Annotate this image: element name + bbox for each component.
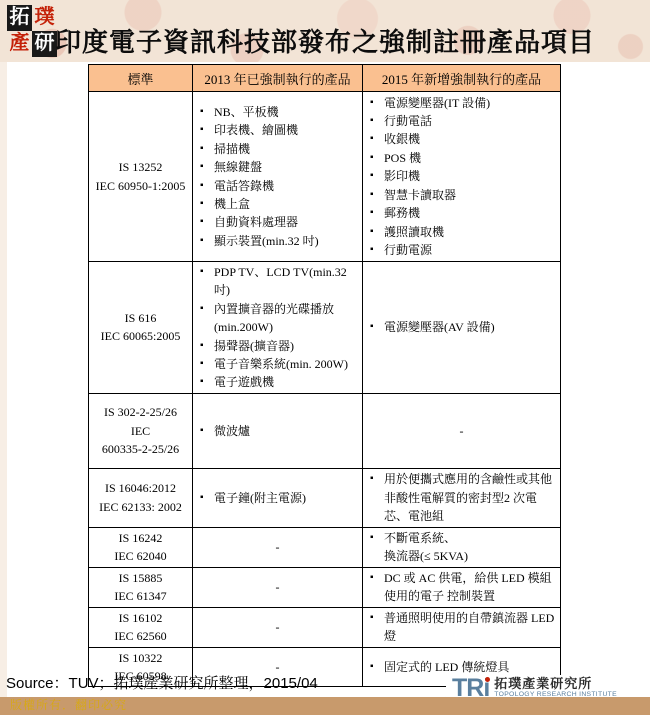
tri-words: 拓璞產業研究所 TOPOLOGY RESEARCH INSTITUTE: [494, 676, 617, 699]
product-item: 電源變壓器(AV 設備): [367, 318, 556, 336]
header-standard: 標準: [89, 65, 193, 92]
standard-cell: IS 16102 IEC 62560: [89, 607, 193, 647]
product-item: 普通照明使用的自帶鎮流器 LED 燈: [367, 609, 556, 646]
bottom-bar: 版權所有．翻印必究: [0, 697, 650, 715]
left-texture-strip: [0, 62, 7, 697]
tri-red-dot-icon: [485, 677, 490, 682]
header-2015: 2015 年新增強制執行的產品: [363, 65, 561, 92]
standard-cell: IS 16242 IEC 62040: [89, 527, 193, 567]
product-item: 機上盒: [197, 195, 358, 213]
standard-cell: IS 302-2-25/26 IEC 600335-2-25/26: [89, 393, 193, 468]
product-item: 智慧卡讀取器: [367, 186, 556, 204]
product-item: POS 機: [367, 149, 556, 167]
seal-char: 產: [7, 31, 32, 57]
product-item: 電子鐘(附主電源): [197, 489, 358, 507]
product-item: 無線鍵盤: [197, 158, 358, 176]
products-2015-cell: 電源變壓器(AV 設備): [363, 262, 561, 394]
standard-cell: IS 13252 IEC 60950-1:2005: [89, 92, 193, 262]
product-item: DC 或 AC 供電，給供 LED 模組使用的電子 控制裝置: [367, 569, 556, 606]
source-line: Source：TUV；拓璞產業研究所整理，2015/04: [6, 672, 318, 693]
product-item: 用於便攜式應用的含鹼性或其他非酸性電解質的密封型2 次電芯、電池組: [367, 470, 556, 525]
product-item: PDP TV、LCD TV(min.32 吋): [197, 263, 358, 300]
table-row: IS 13252 IEC 60950-1:2005NB、平板機印表機、繪圖機掃描…: [89, 92, 561, 262]
products-2015-cell: DC 或 AC 供電，給供 LED 模組使用的電子 控制裝置: [363, 567, 561, 607]
seal-char: 拓: [7, 5, 32, 31]
products-2013-cell: 電子鐘(附主電源): [193, 468, 363, 527]
products-2015-cell: 不斷電系統、 換流器(≤ 5KVA): [363, 527, 561, 567]
standard-cell: IS 15885 IEC 61347: [89, 567, 193, 607]
product-item: 行動電話: [367, 112, 556, 130]
products-2013-cell: 微波爐: [193, 393, 363, 468]
product-item: NB、平板機: [197, 103, 358, 121]
products-2013-cell: PDP TV、LCD TV(min.32 吋)內置擴音器的光碟播放(min.20…: [193, 262, 363, 394]
page-title: 印度電子資訊科技部發布之強制註冊產品項目: [55, 22, 645, 59]
product-item: 電源變壓器(IT 設備): [367, 94, 556, 112]
products-2013-cell: -: [193, 607, 363, 647]
seal-char: 研: [32, 31, 57, 57]
products-2013-cell: -: [193, 527, 363, 567]
product-item: 郵務機: [367, 204, 556, 222]
products-2015-cell: -: [363, 393, 561, 468]
standard-cell: IS 16046:2012 IEC 62133: 2002: [89, 468, 193, 527]
header-2013: 2013 年已強制執行的產品: [193, 65, 363, 92]
product-item: 微波爐: [197, 422, 358, 440]
product-item: 內置擴音器的光碟播放(min.200W): [197, 300, 358, 337]
table-row: IS 16102 IEC 62560-普通照明使用的自帶鎮流器 LED 燈: [89, 607, 561, 647]
standard-cell: IS 616 IEC 60065:2005: [89, 262, 193, 394]
table-header-row: 標準 2013 年已強制執行的產品 2015 年新增強制執行的產品: [89, 65, 561, 92]
product-item: 影印機: [367, 167, 556, 185]
product-item: 電話答錄機: [197, 177, 358, 195]
slide: 拓 璞 產 研 印度電子資訊科技部發布之強制註冊產品項目 標準 2013 年已強…: [0, 0, 650, 715]
product-item: 揚聲器(擴音器): [197, 337, 358, 355]
product-item: 掃描機: [197, 140, 358, 158]
product-item: 顯示裝置(min.32 吋): [197, 232, 358, 250]
product-item: 護照讀取機: [367, 223, 556, 241]
products-table: 標準 2013 年已強制執行的產品 2015 年新增強制執行的產品 IS 132…: [88, 64, 561, 687]
product-item: 電子音樂系統(min. 200W): [197, 355, 358, 373]
product-item: 電子遊戲機: [197, 373, 358, 391]
table-row: IS 302-2-25/26 IEC 600335-2-25/26微波爐-: [89, 393, 561, 468]
tri-name-cn: 拓璞產業研究所: [494, 677, 617, 691]
products-2015-cell: 普通照明使用的自帶鎮流器 LED 燈: [363, 607, 561, 647]
table-row: IS 16242 IEC 62040-不斷電系統、 換流器(≤ 5KVA): [89, 527, 561, 567]
products-2013-cell: -: [193, 567, 363, 607]
product-item: 印表機、繪圖機: [197, 121, 358, 139]
copyright-text: 版權所有．翻印必究: [10, 697, 127, 714]
seal-char: 璞: [32, 5, 57, 31]
table-row: IS 616 IEC 60065:2005PDP TV、LCD TV(min.3…: [89, 262, 561, 394]
product-item: 收銀機: [367, 130, 556, 148]
table-body: IS 13252 IEC 60950-1:2005NB、平板機印表機、繪圖機掃描…: [89, 92, 561, 687]
products-2015-cell: 用於便攜式應用的含鹼性或其他非酸性電解質的密封型2 次電芯、電池組: [363, 468, 561, 527]
product-item: 行動電源: [367, 241, 556, 259]
table-row: IS 15885 IEC 61347-DC 或 AC 供電，給供 LED 模組使…: [89, 567, 561, 607]
products-2015-cell: 電源變壓器(IT 設備)行動電話收銀機POS 機影印機智慧卡讀取器郵務機護照讀取…: [363, 92, 561, 262]
product-item: 自動資料處理器: [197, 213, 358, 231]
table-row: IS 16046:2012 IEC 62133: 2002電子鐘(附主電源)用於…: [89, 468, 561, 527]
topology-seal-logo: 拓 璞 產 研: [7, 5, 57, 57]
product-item: 不斷電系統、 換流器(≤ 5KVA): [367, 529, 556, 566]
products-2013-cell: NB、平板機印表機、繪圖機掃描機無線鍵盤電話答錄機機上盒自動資料處理器顯示裝置(…: [193, 92, 363, 262]
